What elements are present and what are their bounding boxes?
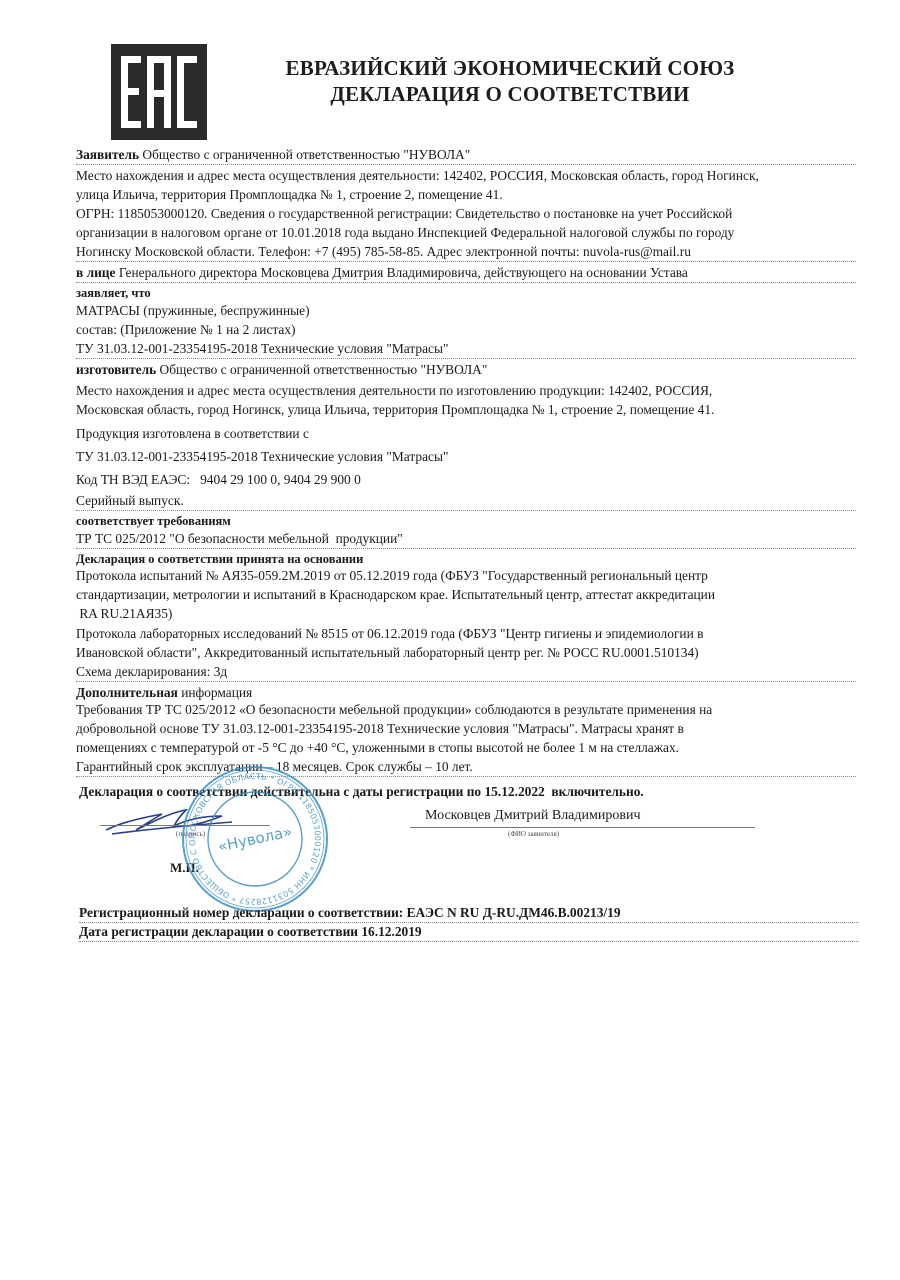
registration-date-label: Дата регистрации декларации о соответств… <box>79 924 361 939</box>
basis-line-2: стандартизации, метрологии и испытаний в… <box>76 585 856 604</box>
registration-number-line: Регистрационный номер декларации о соотв… <box>79 903 859 923</box>
eac-mark-icon <box>117 50 201 134</box>
title-declaration: ДЕКЛАРАЦИЯ О СООТВЕТСТВИИ <box>240 81 780 107</box>
product-spec: ТУ 31.03.12-001-23354195-2018 Технически… <box>76 339 856 359</box>
declaration-scheme: Схема декларирования: 3д <box>76 662 856 682</box>
basis-line-4: Протокола лабораторных исследований № 85… <box>76 624 856 643</box>
manufacturer-address-1: Место нахождения и адрес места осуществл… <box>76 381 856 400</box>
applicant-ogrn-1: ОГРН: 1185053000120. Сведения о государс… <box>76 204 856 223</box>
stamp-center-text: «Нувола» <box>216 822 293 855</box>
signatory-name-line <box>410 827 755 828</box>
applicant-address-2: улица Ильича, территория Промплощадка № … <box>76 185 856 204</box>
signatory-name-caption: (ФИО заявителя) <box>508 830 559 838</box>
manufacturer-address-2: Московская область, город Ногинск, улица… <box>76 400 856 419</box>
registration-number: ЕАЭС N RU Д-RU.ДМ46.В.00213/19 <box>407 905 621 920</box>
basis-line-3: RA RU.21АЯ35) <box>76 604 856 623</box>
additional-label-bold: Дополнительная <box>76 685 178 700</box>
title-union: ЕВРАЗИЙСКИЙ ЭКОНОМИЧЕСКИЙ СОЮЗ <box>240 55 780 81</box>
representative-line: в лице Генерального директора Московцева… <box>76 263 856 283</box>
requirements-text: ТР ТС 025/2012 "О безопасности мебельной… <box>76 529 856 549</box>
serial-release: Серийный выпуск. <box>76 491 856 511</box>
applicant-ogrn-2: организации в налоговом органе от 10.01.… <box>76 223 856 242</box>
manufacturer-label: изготовитель <box>76 362 156 377</box>
registration-number-label: Регистрационный номер декларации о соотв… <box>79 905 407 920</box>
applicant-line: Заявитель Общество с ограниченной ответс… <box>76 145 856 165</box>
manufacturer-name: Общество с ограниченной ответственностью… <box>156 362 487 377</box>
tn-ved-code: Код ТН ВЭД ЕАЭС: 9404 29 100 0, 9404 29 … <box>76 470 856 489</box>
eac-logo-icon <box>111 44 207 140</box>
additional-line-1: Требования ТР ТС 025/2012 «О безопасност… <box>76 700 856 719</box>
applicant-label: Заявитель <box>76 147 139 162</box>
document-title: ЕВРАЗИЙСКИЙ ЭКОНОМИЧЕСКИЙ СОЮЗ ДЕКЛАРАЦИ… <box>240 55 780 107</box>
basis-line-5: Ивановской области", Аккредитованный исп… <box>76 643 856 662</box>
representative-text: Генерального директора Московцева Дмитри… <box>115 265 687 280</box>
representative-label: в лице <box>76 265 115 280</box>
applicant-ogrn-3: Ногинску Московской области. Телефон: +7… <box>76 242 856 262</box>
company-stamp-icon: МОСКОВСКАЯ ОБЛАСТЬ * ОГРН 1185053000120 … <box>180 764 330 914</box>
applicant-address-1: Место нахождения и адрес места осуществл… <box>76 166 856 185</box>
signatory-name: Московцев Дмитрий Владимирович <box>425 808 641 824</box>
made-per-label: Продукция изготовлена в соответствии с <box>76 424 856 443</box>
product-name: МАТРАСЫ (пружинные, беспружинные) <box>76 301 856 320</box>
additional-line-3: помещениях с температурой от -5 °С до +4… <box>76 738 856 757</box>
additional-line-2: добровольной основе ТУ 31.03.12-001-2335… <box>76 719 856 738</box>
additional-label-rest: информация <box>178 685 252 700</box>
manufacturer-line: изготовитель Общество с ограниченной отв… <box>76 360 856 379</box>
registration-date: 16.12.2019 <box>361 924 421 939</box>
made-per-spec: ТУ 31.03.12-001-23354195-2018 Технически… <box>76 447 856 466</box>
registration-date-line: Дата регистрации декларации о соответств… <box>79 922 859 942</box>
applicant-name: Общество с ограниченной ответственностью… <box>139 147 470 162</box>
product-composition: состав: (Приложение № 1 на 2 листах) <box>76 320 856 339</box>
basis-line-1: Протокола испытаний № АЯ35-059.2М.2019 о… <box>76 566 856 585</box>
declaration-page: ЕВРАЗИЙСКИЙ ЭКОНОМИЧЕСКИЙ СОЮЗ ДЕКЛАРАЦИ… <box>0 0 900 1280</box>
